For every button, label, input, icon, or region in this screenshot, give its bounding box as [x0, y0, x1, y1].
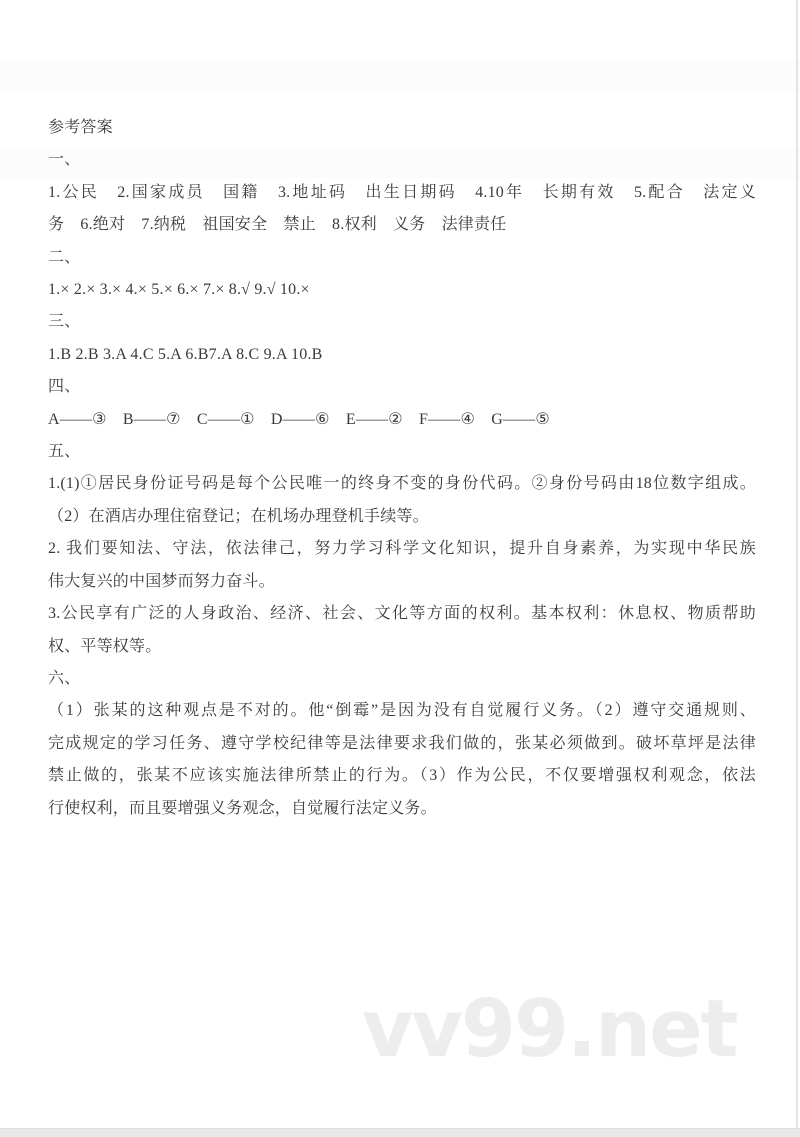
- section-4-matching-line: A——③ B——⑦ C——① D——⑥ E——② F——④ G——⑤: [48, 404, 756, 436]
- section-5-answer-1-line-2: （2）在酒店办理住宿登记；在机场办理登机手续等。: [48, 501, 756, 533]
- section-2-heading: 二、: [48, 242, 756, 274]
- section-5-answer-1-line-1: 1.(1)①居民身份证号码是每个公民唯一的终身不变的身份代码。②身份号码由18位…: [48, 468, 756, 500]
- section-1-heading: 一、: [48, 144, 756, 176]
- page-right-border: [796, 0, 798, 1128]
- page-title: 参考答案: [48, 112, 756, 144]
- section-5-answer-3-line-2: 权、平等权等。: [48, 631, 756, 663]
- section-2-answers-line-1: 1.× 2.× 3.× 4.× 5.× 6.× 7.× 8.√ 9.√ 10.×: [48, 274, 756, 306]
- section-6-heading: 六、: [48, 663, 756, 695]
- section-3-answers-line-1: 1.B 2.B 3.A 4.C 5.A 6.B7.A 8.C 9.A 10.B: [48, 339, 756, 371]
- document-page: 参考答案 一、 1.公民 2.国家成员 国籍 3.地址码 出生日期码 4.10年…: [0, 0, 800, 1137]
- section-1-answers-line-1: 1.公民 2.国家成员 国籍 3.地址码 出生日期码 4.10年 长期有效 5.…: [48, 177, 756, 209]
- section-4-heading: 四、: [48, 371, 756, 403]
- section-6-answer-line-1: （1）张某的这种观点是不对的。他“倒霉”是因为没有自觉履行义务。（2）遵守交通规…: [48, 695, 756, 727]
- section-5-answer-3-line-1: 3.公民享有广泛的人身政治、经济、社会、文化等方面的权利。基本权利：休息权、物质…: [48, 598, 756, 630]
- section-5-answer-2-line-2: 伟大复兴的中国梦而努力奋斗。: [48, 566, 756, 598]
- watermark-text: vv99.net: [362, 990, 737, 1069]
- section-6-answer-line-2: 完成规定的学习任务、遵守学校纪律等是法律要求我们做的，张某必须做到。破坏草坪是法…: [48, 728, 756, 760]
- section-6-answer-line-4: 行使权利，而且要增强义务观念，自觉履行法定义务。: [48, 793, 756, 825]
- page-bottom-edge: [0, 1128, 800, 1137]
- section-5-heading: 五、: [48, 436, 756, 468]
- section-1-answers-line-2: 务 6.绝对 7.纳税 祖国安全 禁止 8.权利 义务 法律责任: [48, 209, 756, 241]
- section-5-answer-2-line-1: 2. 我们要知法、守法，依法律己，努力学习科学文化知识，提升自身素养，为实现中华…: [48, 533, 756, 565]
- answer-sheet-content: 参考答案 一、 1.公民 2.国家成员 国籍 3.地址码 出生日期码 4.10年…: [48, 112, 756, 825]
- section-3-heading: 三、: [48, 306, 756, 338]
- section-6-answer-line-3: 禁止做的，张某不应该实施法律所禁止的行为。（3）作为公民，不仅要增强权利观念，依…: [48, 760, 756, 792]
